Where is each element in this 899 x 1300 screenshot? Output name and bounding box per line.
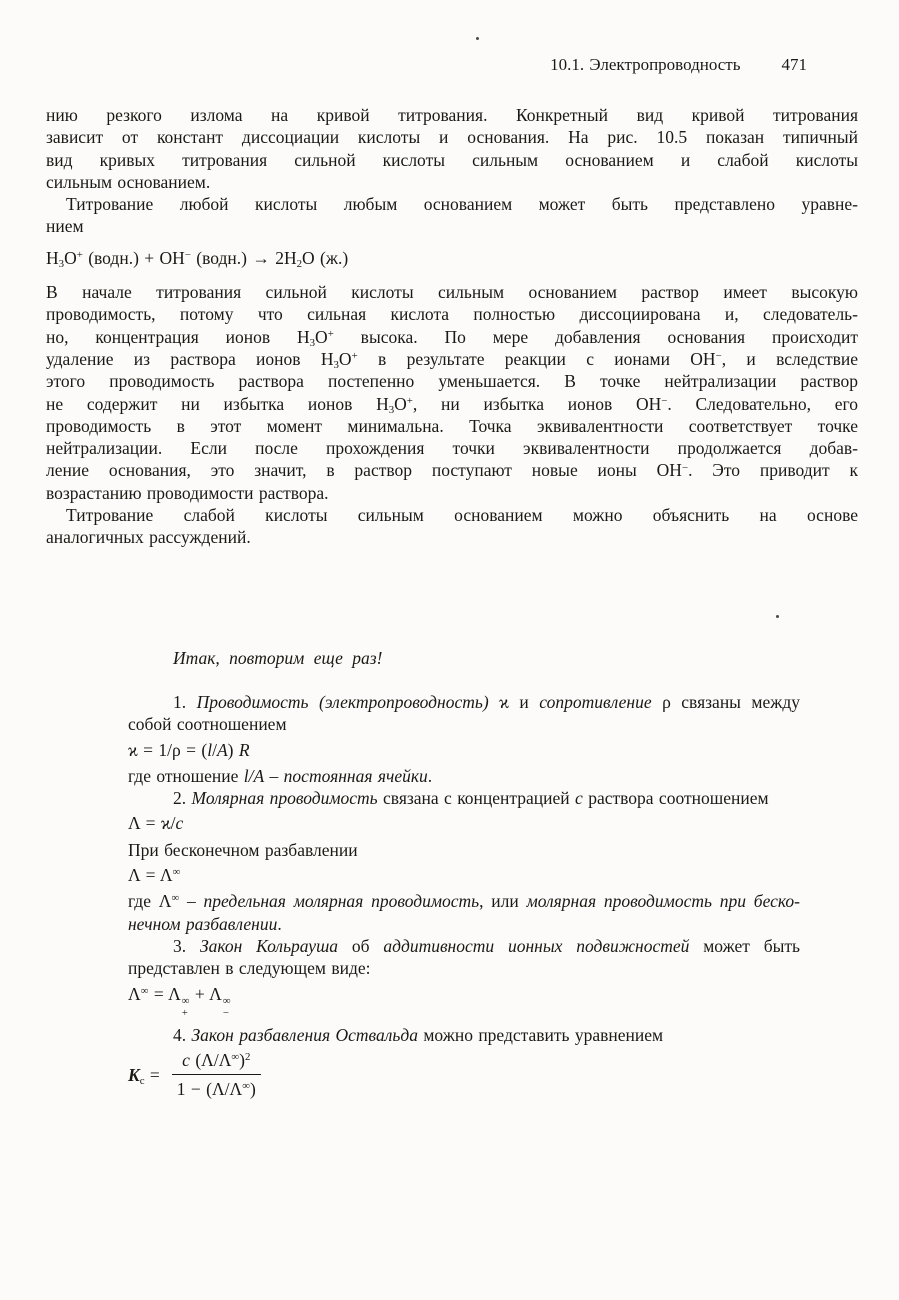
paragraph-strong-acid-titration: В начале титрования сильной кислоты силь… [46,281,858,504]
summary-block: Итак, повторим еще раз! 1. Проводимость … [128,647,800,1101]
page-body: нию резкого излома на кривой титрования.… [46,104,858,1104]
paragraph-titration-curves: нию резкого излома на кривой титрования.… [46,104,858,193]
equation-kohlrausch-law: Λ∞ = Λ∞+ + Λ∞− [128,983,800,1020]
note-infinite-dilution: При бесконечном разбавлении [128,839,800,861]
section-heading: 10.1. Электропроводность [550,54,740,76]
book-page: 10.1. Электропроводность 471 нию резкого… [0,0,899,1300]
equation-neutralization: H3O+ (водн.) + OH− (водн.) → 2H2O (ж.) [46,247,858,269]
summary-heading: Итак, повторим еще раз! [128,647,800,669]
summary-item-2: 2. Молярная проводимость связана с конце… [128,787,800,809]
page-number: 471 [782,54,808,76]
summary-item-1: 1. Проводимость (электропроводность) ϰ и… [128,691,800,736]
equation-conductivity: ϰ = 1/ρ = (l/A) R [128,739,800,761]
ostwald-lhs: Kc = [128,1064,160,1086]
note-cell-constant: где отношение l/A – постоянная ячейки. [128,765,800,787]
equation-molar-conductivity: Λ = ϰ/c [128,812,800,834]
scan-speck [476,37,479,40]
running-header: 10.1. Электропроводность 471 [46,54,807,76]
summary-item-4: 4. Закон разбавления Оствальда можно пре… [128,1024,800,1046]
ostwald-numerator: c (Λ/Λ∞)2 [172,1049,261,1075]
summary-item-3: 3. Закон Кольрауша об аддитивности ионны… [128,935,800,980]
ostwald-denominator: 1 − (Λ/Λ∞) [172,1075,261,1100]
equation-ostwald-dilution: Kc = c (Λ/Λ∞)2 1 − (Λ/Λ∞) [128,1049,800,1101]
equation-limiting-conductivity: Λ = Λ∞ [128,864,800,886]
paragraph-titration-equation-intro: Титрование любой кислоты любым основание… [46,193,858,238]
paragraph-weak-acid-titration: Титрование слабой кислоты сильным основа… [46,504,858,549]
ostwald-fraction: c (Λ/Λ∞)2 1 − (Λ/Λ∞) [172,1049,261,1101]
note-limiting-definition: где Λ∞ – предельная молярная проводимост… [128,890,800,935]
